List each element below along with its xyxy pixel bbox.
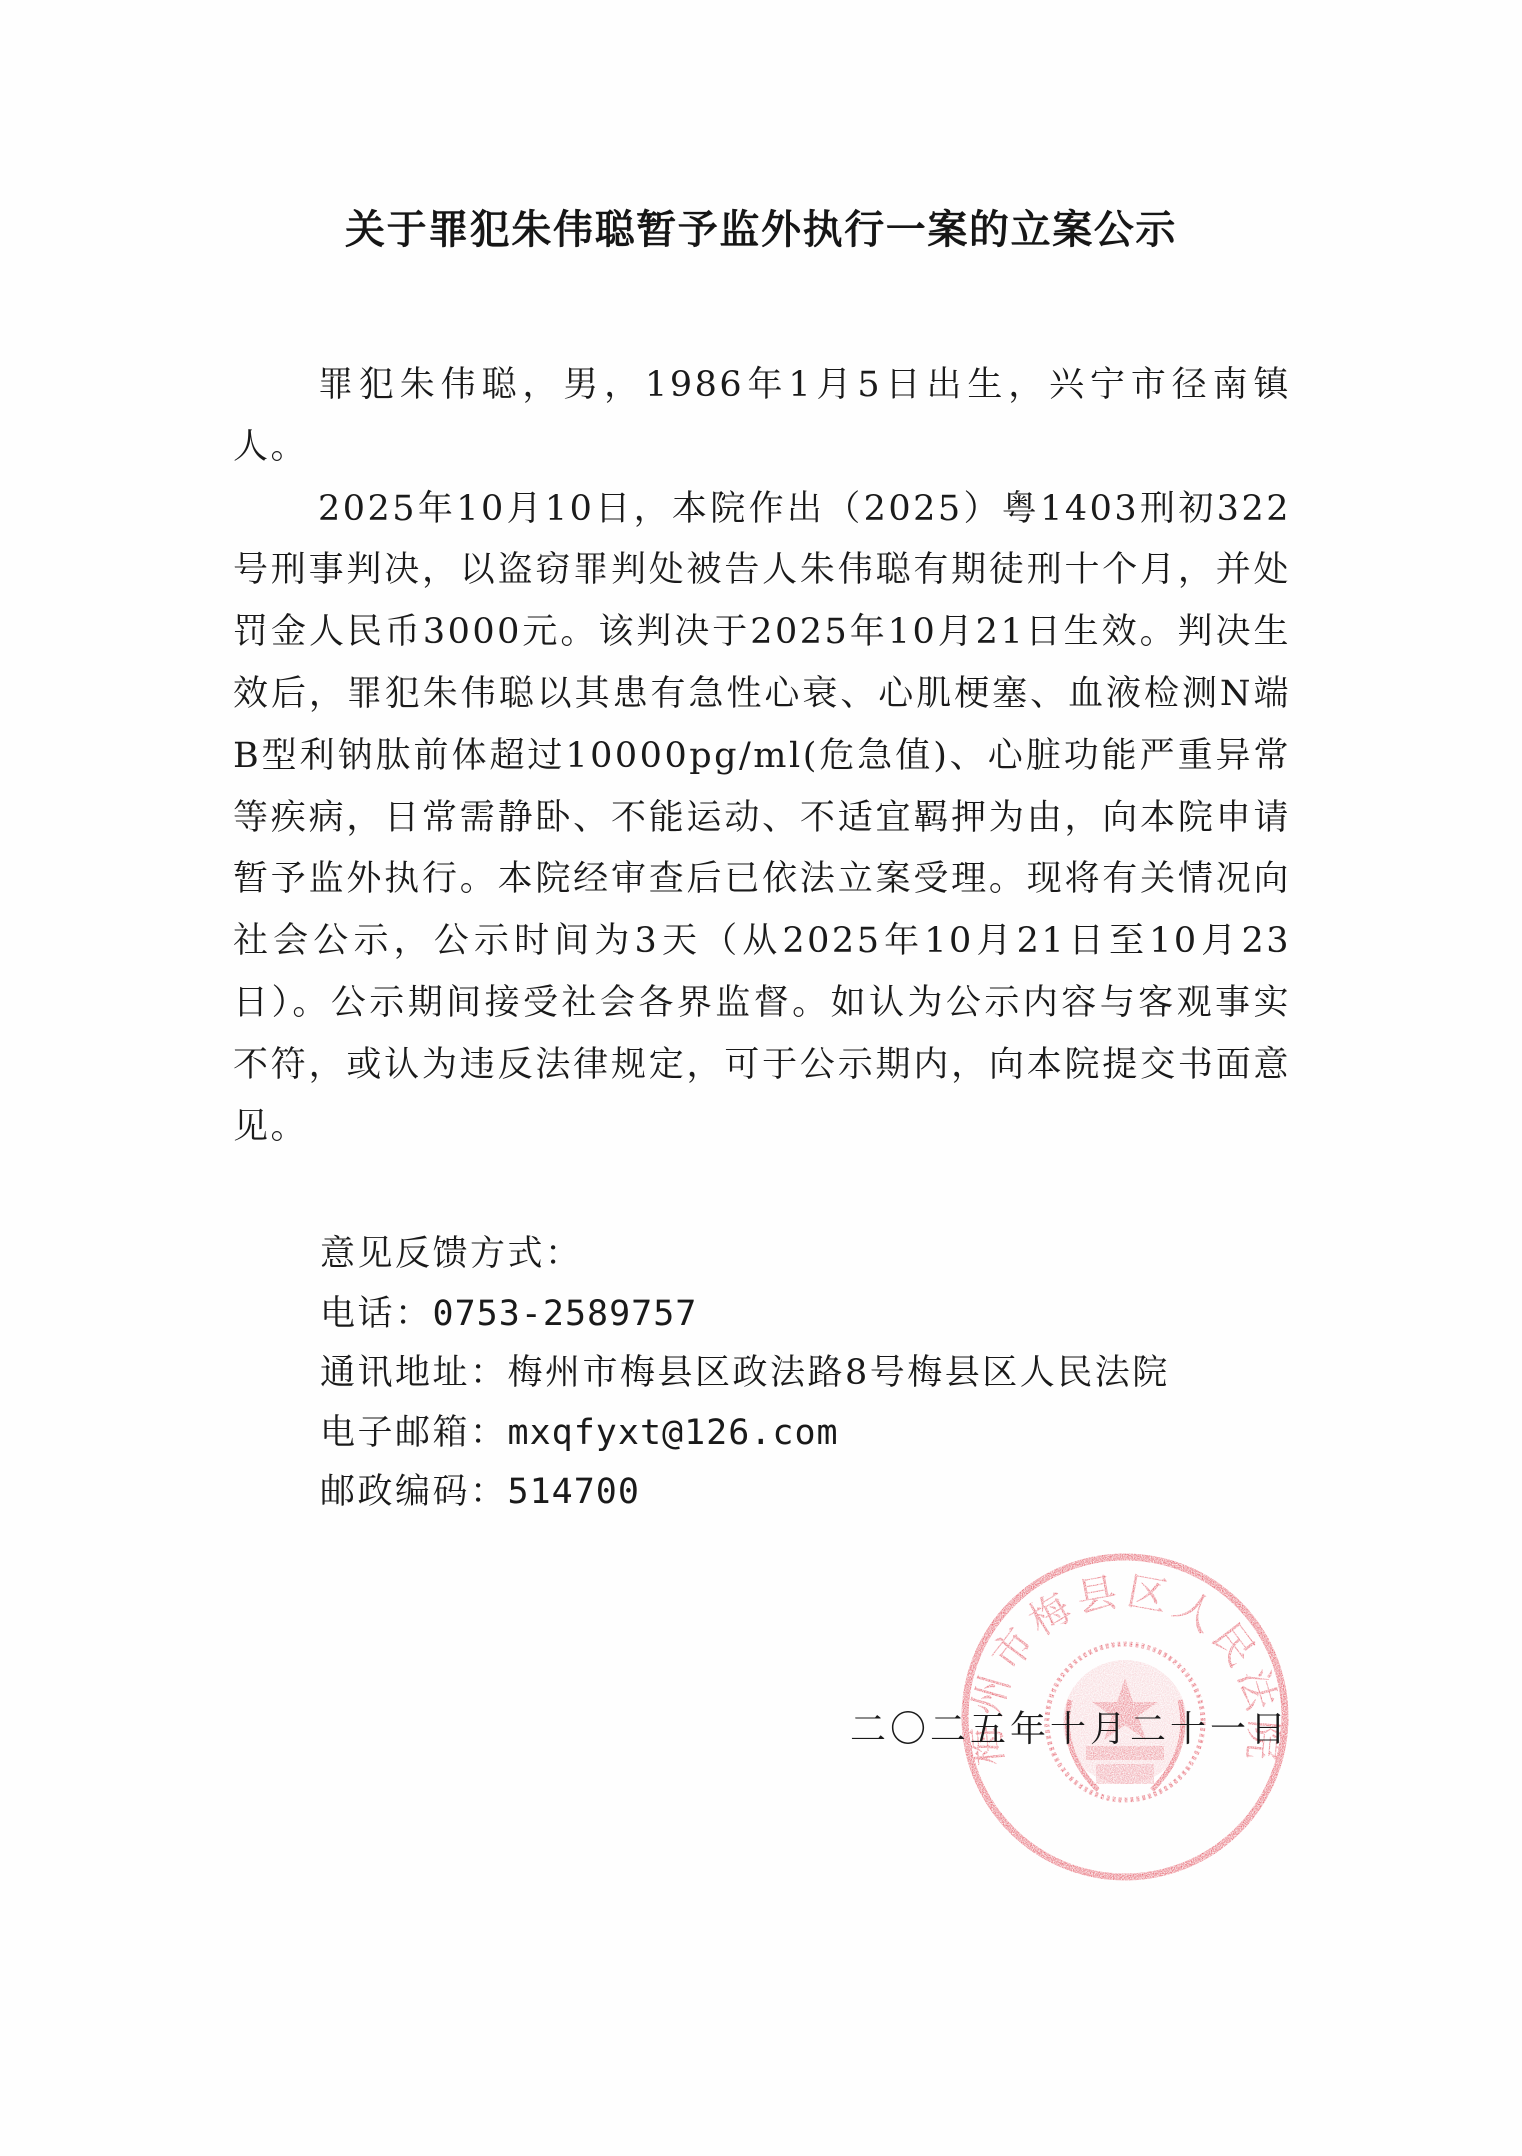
- email-value: mxqfyxt@126.com: [508, 1413, 839, 1453]
- phone-value: 0753-2589757: [433, 1294, 698, 1334]
- phone-label: 电话：: [320, 1294, 433, 1334]
- contact-phone: 电话：0753-2589757: [320, 1285, 1170, 1345]
- contact-address: 通讯地址：梅州市梅县区政法路8号梅县区人民法院: [320, 1344, 1170, 1404]
- paragraph-offender-info: 罪犯朱伟聪，男，1986年1月5日出生，兴宁市径南镇人。: [233, 355, 1291, 479]
- email-label: 电子邮箱：: [320, 1413, 508, 1453]
- document-page: 关于罪犯朱伟聪暂予监外执行一案的立案公示 罪犯朱伟聪，男，1986年1月5日出生…: [0, 0, 1522, 2156]
- issue-date: 二〇二五年十月二十一日: [850, 1705, 1290, 1755]
- document-title: 关于罪犯朱伟聪暂予监外执行一案的立案公示: [0, 200, 1522, 260]
- document-body: 罪犯朱伟聪，男，1986年1月5日出生，兴宁市径南镇人。 2025年10月10日…: [233, 355, 1291, 1158]
- postcode-label: 邮政编码：: [320, 1472, 508, 1512]
- contact-heading: 意见反馈方式：: [320, 1225, 1170, 1285]
- address-value: 梅州市梅县区政法路8号梅县区人民法院: [508, 1353, 1170, 1393]
- address-label: 通讯地址：: [320, 1353, 508, 1393]
- paragraph-case-details: 2025年10月10日，本院作出（2025）粤1403刑初322号刑事判决，以盗…: [233, 479, 1291, 1159]
- contact-postcode: 邮政编码：514700: [320, 1463, 1170, 1523]
- postcode-value: 514700: [508, 1472, 640, 1512]
- feedback-contact-block: 意见反馈方式： 电话：0753-2589757 通讯地址：梅州市梅县区政法路8号…: [320, 1225, 1170, 1523]
- contact-email: 电子邮箱：mxqfyxt@126.com: [320, 1404, 1170, 1464]
